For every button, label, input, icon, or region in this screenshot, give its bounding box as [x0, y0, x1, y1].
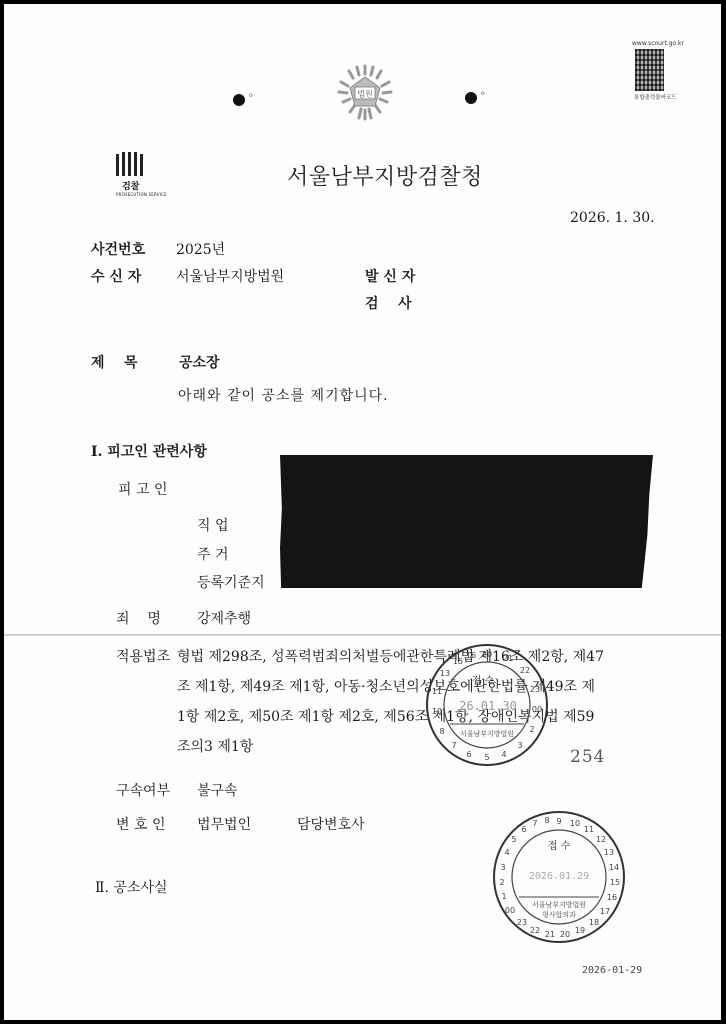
svg-text:20: 20 — [482, 650, 492, 659]
svg-text:서울남부지방법원: 서울남부지방법원 — [460, 729, 514, 738]
svg-text:22: 22 — [520, 666, 530, 675]
svg-text:00: 00 — [505, 906, 515, 915]
section1-heading: Ⅰ. 피고인 관련사항 — [91, 441, 207, 461]
svg-text:15: 15 — [453, 657, 463, 666]
fold-line — [4, 634, 721, 636]
svg-text:17: 17 — [600, 907, 610, 916]
charge-label: 죄 명 — [116, 608, 161, 628]
svg-text:형사합의과: 형사합의과 — [542, 910, 576, 919]
svg-text:13: 13 — [440, 669, 450, 678]
svg-text:9: 9 — [556, 817, 561, 826]
svg-text:2: 2 — [529, 725, 534, 734]
counsel-attorney-label: 담당변호사 — [297, 814, 365, 834]
svg-text:서울남부지방법원: 서울남부지방법원 — [532, 900, 586, 909]
svg-text:16: 16 — [607, 893, 617, 902]
svg-text:5: 5 — [511, 835, 516, 844]
redaction-block — [280, 455, 653, 588]
svg-text:10: 10 — [432, 707, 442, 716]
punch-hole-icon: o — [233, 94, 245, 106]
svg-text:4: 4 — [504, 848, 509, 857]
document-date: 2026. 1. 30. — [570, 210, 655, 226]
svg-text:23: 23 — [530, 685, 540, 694]
registered-address-label: 등록기준지 — [197, 572, 265, 592]
intro-text: 아래와 같이 공소를 제기합니다. — [178, 385, 389, 405]
svg-text:접 수: 접 수 — [472, 674, 495, 687]
prosecution-logo: 검찰 PROSECUTION SERVICE — [116, 152, 167, 197]
svg-text:26.01.30: 26.01.30 — [459, 699, 517, 713]
prosecution-logo-icon — [116, 152, 167, 176]
svg-text:8: 8 — [439, 727, 444, 736]
svg-text:8: 8 — [544, 816, 549, 825]
svg-text:6: 6 — [521, 825, 526, 834]
svg-text:15: 15 — [610, 878, 620, 887]
qr-caption: 통합출력물바코드 — [634, 93, 677, 101]
svg-text:접 수: 접 수 — [548, 839, 571, 852]
print-date: 2026-01-29 — [582, 965, 642, 976]
svg-text:법원: 법원 — [357, 89, 372, 99]
address-label: 주 거 — [197, 544, 229, 564]
svg-text:7: 7 — [451, 741, 456, 750]
receipt-stamp-icon: 20212223 00234 5678 1011131516 접 수 26.01… — [426, 644, 548, 766]
svg-text:16: 16 — [466, 651, 476, 660]
svg-text:21: 21 — [503, 654, 513, 663]
svg-text:3: 3 — [517, 741, 522, 750]
svg-text:11: 11 — [432, 687, 442, 696]
svg-text:19: 19 — [575, 926, 585, 935]
prosecutor-label: 검 사 — [365, 293, 412, 313]
recipient: 서울남부지방법원 — [176, 266, 284, 286]
case-no: 2025년 — [176, 239, 225, 259]
svg-text:6: 6 — [466, 750, 471, 759]
svg-text:00: 00 — [532, 705, 542, 714]
job-label: 직 업 — [197, 515, 229, 535]
document-page: www.scourt.go.kr 통합출력물바코드 o o 법원 — [4, 4, 721, 1020]
punch-hole-icon: o — [465, 92, 477, 104]
svg-text:11: 11 — [584, 825, 594, 834]
case-no-label: 사건번호 — [91, 239, 145, 259]
svg-text:2026.01.29: 2026.01.29 — [529, 871, 589, 882]
svg-text:7: 7 — [532, 819, 537, 828]
svg-text:2: 2 — [499, 878, 504, 887]
recipient-label: 수 신 자 — [91, 266, 141, 286]
qr-url: www.scourt.go.kr — [632, 40, 684, 47]
subject-label: 제 목 — [91, 352, 138, 372]
qr-code-icon — [635, 49, 664, 91]
section2-heading: Ⅱ. 공소사실 — [95, 877, 168, 897]
court-emblem-icon: 법원 — [333, 62, 397, 122]
detention: 불구속 — [197, 780, 238, 800]
charge: 강제추행 — [197, 608, 251, 628]
svg-text:5: 5 — [484, 753, 489, 762]
detention-label: 구속여부 — [116, 780, 170, 800]
logo-label: 검찰 — [116, 179, 167, 192]
law-line: 조의3 제1항 — [177, 736, 253, 756]
receipt-stamp-icon: 9101112 13141516 17181920 21222300 1234 … — [493, 811, 625, 943]
svg-text:22: 22 — [530, 926, 540, 935]
svg-text:21: 21 — [545, 930, 555, 939]
sender-label: 발 신 자 — [365, 266, 415, 286]
svg-text:1: 1 — [501, 892, 506, 901]
svg-text:18: 18 — [589, 918, 599, 927]
counsel-label: 변 호 인 — [116, 814, 165, 834]
counsel: 법무법인 — [197, 814, 251, 834]
svg-text:20: 20 — [560, 930, 570, 939]
logo-sub: PROSECUTION SERVICE — [116, 192, 167, 197]
svg-text:23: 23 — [517, 918, 527, 927]
subject: 공소장 — [179, 352, 220, 372]
svg-text:4: 4 — [501, 750, 506, 759]
svg-text:12: 12 — [596, 835, 606, 844]
svg-text:10: 10 — [570, 819, 580, 828]
agency-title: 서울남부지방검찰청 — [287, 160, 483, 191]
svg-text:13: 13 — [604, 848, 614, 857]
defendant-label: 피 고 인 — [118, 479, 167, 499]
law-label: 적용법조 — [116, 646, 170, 666]
handwritten-number: 254 — [570, 747, 605, 767]
svg-text:3: 3 — [500, 863, 505, 872]
svg-text:14: 14 — [609, 863, 619, 872]
